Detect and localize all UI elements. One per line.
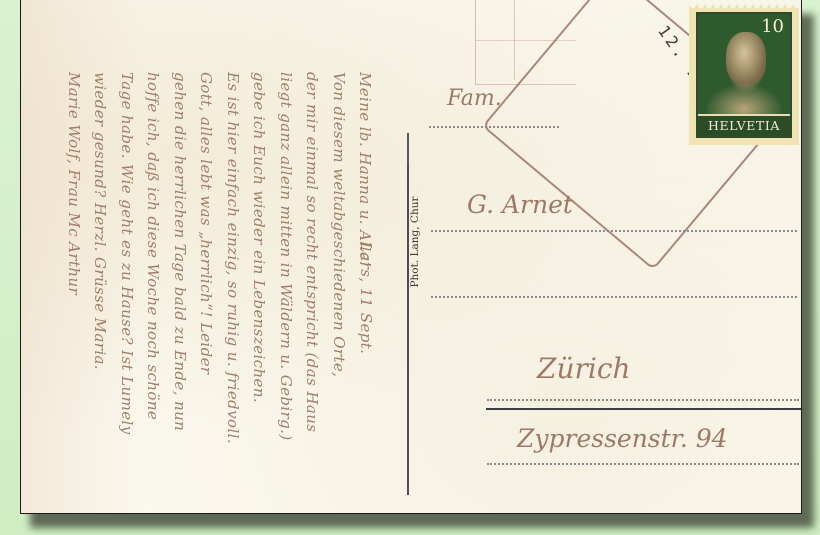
stamp-value: 10	[761, 16, 784, 37]
address-line-1: Fam.	[447, 86, 502, 111]
address-city-underline	[486, 408, 802, 410]
message-line: gebe ich Euch wieder ein Lebenszeichen.	[246, 72, 273, 500]
address-dotted-line	[487, 399, 799, 401]
postage-stamp: 10 HELVETIA	[689, 5, 799, 145]
message-line: der mir einmal so recht entspricht (das …	[299, 72, 326, 500]
address-street: Zypressenstr. 94	[517, 424, 728, 453]
address-dotted-line	[429, 126, 559, 128]
postcard: Lars, 11 Sept. Meine lb. Hanna u. Alle! …	[20, 0, 802, 514]
message-line: Gott, alles lebt was „herrlich“! Leider	[193, 72, 220, 500]
message-line: Tage habe. Wie geht es zu Hause? Ist Lum…	[114, 72, 141, 500]
printer-imprint: Phot. Lang, Chur	[409, 182, 421, 302]
message-signature: Marie Wolf, Frau Mc Arthur	[61, 72, 88, 500]
message-line: hoffe ich, daß ich diese Woche noch schö…	[140, 72, 167, 500]
address-dotted-line	[431, 230, 797, 232]
stamp-country: HELVETIA	[698, 114, 790, 136]
message-line: Von diesem weltabgeschiedenen Orte,	[326, 72, 353, 500]
message-line: gehen die herrlichen Tage bald zu Ende, …	[167, 72, 194, 500]
address-dotted-line	[431, 296, 797, 298]
address-line-2: G. Arnet	[467, 190, 573, 219]
message-line: Es ist hier einfach einzig, so ruhig u. …	[220, 72, 247, 500]
handwritten-message: Lars, 11 Sept. Meine lb. Hanna u. Alle! …	[25, 2, 385, 510]
message-line: liegt ganz allein mitten in Wäldern u. G…	[273, 72, 300, 500]
address-city: Zürich	[537, 352, 631, 385]
address-dotted-line	[487, 463, 799, 465]
portrait-icon	[726, 32, 766, 84]
message-line: wieder gesund? Herzl. Grüsse Maria.	[87, 72, 114, 500]
